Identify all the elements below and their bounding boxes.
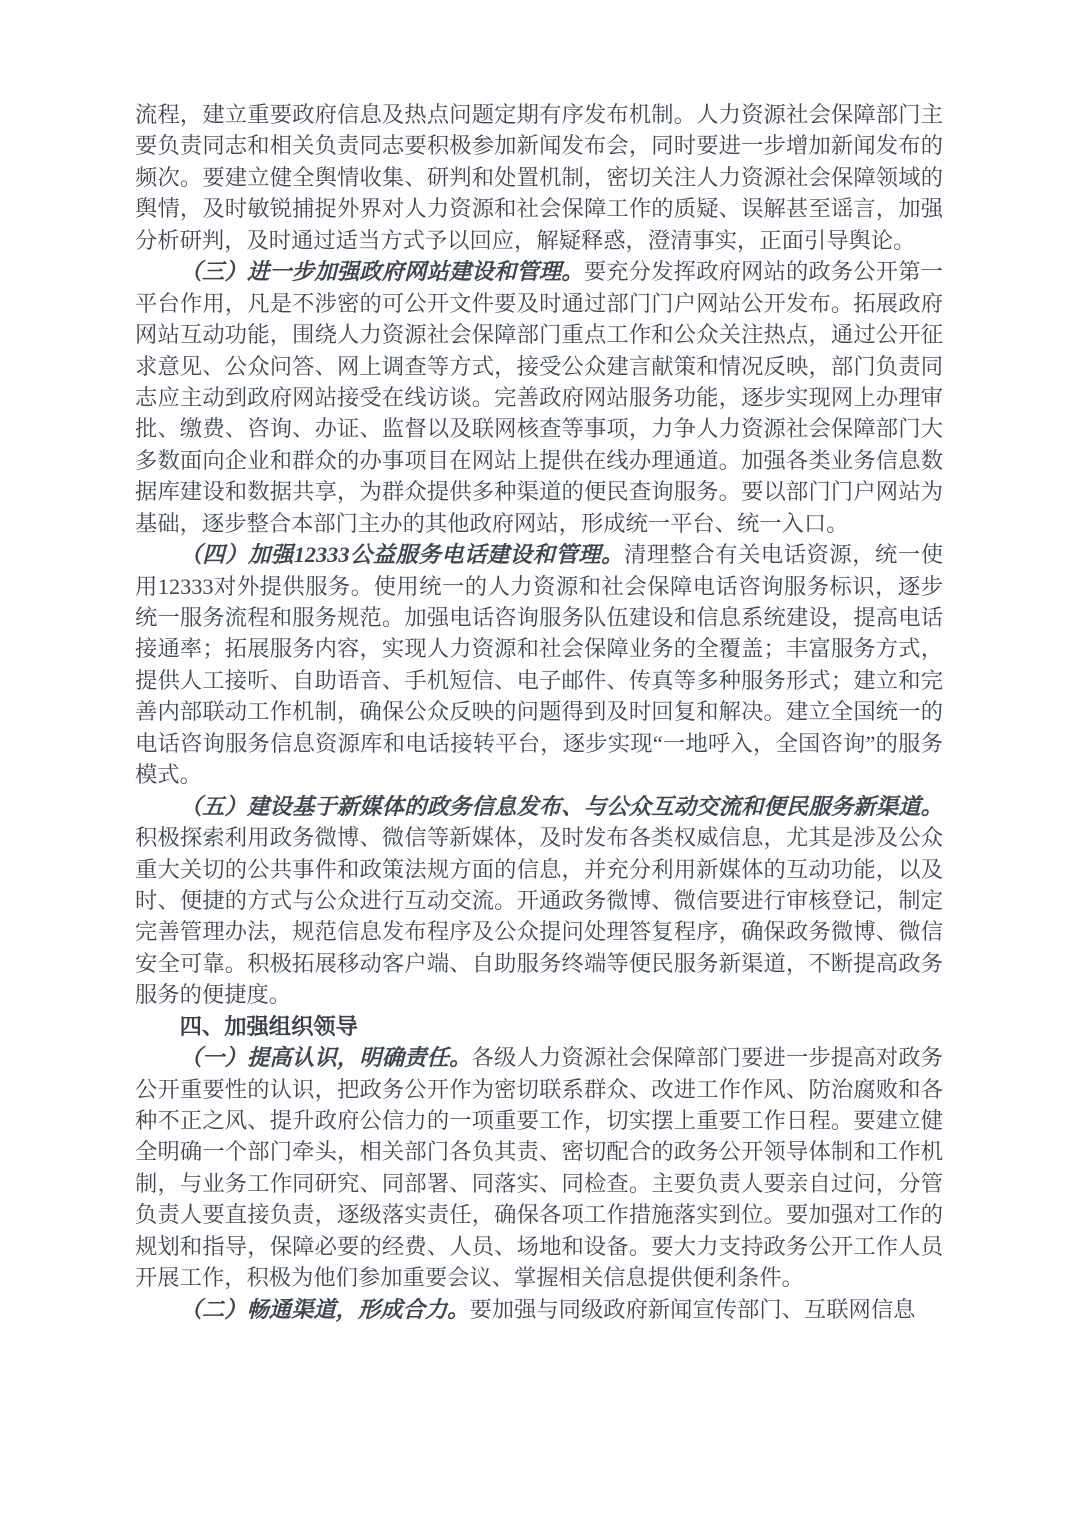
item-lead: （五）建设基于新媒体的政务信息发布、与公众互动交流和便民服务新渠道。 (180, 794, 943, 819)
paragraph: （一）提高认识，明确责任。各级人力资源社会保障部门要进一步提高对政务公开重要性的… (135, 1042, 943, 1294)
item-lead: （三）进一步加强政府网站建设和管理。 (180, 259, 584, 284)
document-page: 流程，建立重要政府信息及热点问题定期有序发布机制。人力资源社会保障部门主要负责同… (0, 0, 1074, 1520)
paragraph-text: 清理整合有关电话资源，统一使用12333对外提供服务。使用统一的人力资源和社会保… (135, 542, 943, 787)
paragraph: （二）畅通渠道，形成合力。要加强与同级政府新闻宣传部门、互联网信息 (135, 1294, 943, 1325)
item-lead: （二）畅通渠道，形成合力。 (180, 1297, 470, 1322)
paragraph-text: 各级人力资源社会保障部门要进一步提高对政务公开重要性的认识，把政务公开作为密切联… (135, 1045, 943, 1290)
paragraph-text: 流程，建立重要政府信息及热点问题定期有序发布机制。人力资源社会保障部门主要负责同… (135, 102, 943, 253)
paragraph: （五）建设基于新媒体的政务信息发布、与公众互动交流和便民服务新渠道。积极探索利用… (135, 791, 943, 1011)
paragraph: （三）进一步加强政府网站建设和管理。要充分发挥政府网站的政务公开第一平台作用，凡… (135, 256, 943, 539)
document-body: 流程，建立重要政府信息及热点问题定期有序发布机制。人力资源社会保障部门主要负责同… (135, 99, 943, 1325)
paragraph-text: 要加强与同级政府新闻宣传部门、互联网信息 (469, 1297, 915, 1322)
paragraph-text: 积极探索利用政务微博、微信等新媒体，及时发布各类权威信息，尤其是涉及公众重大关切… (135, 825, 943, 1007)
paragraph: 流程，建立重要政府信息及热点问题定期有序发布机制。人力资源社会保障部门主要负责同… (135, 99, 943, 256)
paragraph: （四）加强12333公益服务电话建设和管理。清理整合有关电话资源，统一使用123… (135, 539, 943, 791)
item-lead: （一）提高认识，明确责任。 (180, 1045, 472, 1070)
section-heading: 四、加强组织领导 (135, 1011, 943, 1042)
item-lead: （四）加强12333公益服务电话建设和管理。 (180, 542, 624, 567)
paragraph-text: 要充分发挥政府网站的政务公开第一平台作用，凡是不涉密的可公开文件要及时通过部门门… (135, 259, 943, 536)
